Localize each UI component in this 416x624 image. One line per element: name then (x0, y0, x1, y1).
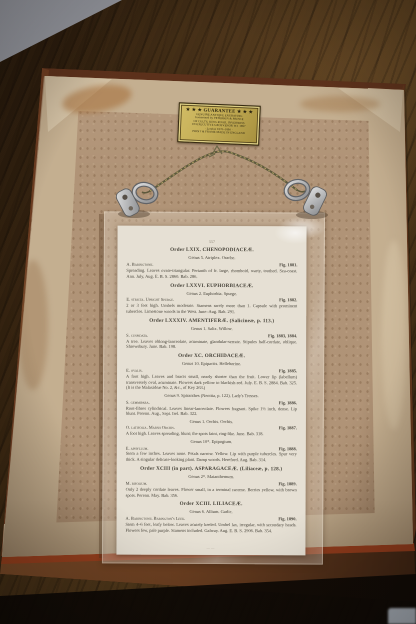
figure-reference: Fig. 1883, 1884. (268, 333, 297, 339)
order-line: Order XCIII. LILIACEÆ. (126, 501, 297, 508)
genus-line: Genus 2. Euphorbia. Spurge. (126, 290, 297, 296)
species-name: M. bifolium. (126, 481, 148, 487)
figure-reference: Fig. 1882. (279, 298, 297, 304)
d-ring (284, 179, 309, 200)
order-line: Order XCIII (in part). ASPARAGACEÆ. (Lil… (126, 466, 297, 473)
page-text-blocks: Order LXIX. CHENOPODIACEÆ.Genus 5. Atrip… (126, 247, 298, 534)
species-name: O. latifolia. Marsh Orchis. (126, 425, 175, 431)
species-name: E. aphyllum. (126, 445, 149, 451)
d-ring-hanger-right-svg (280, 172, 332, 220)
genus-line: Genus 10. Epipactis. Helleborine. (126, 361, 297, 367)
species-name: A. Babingtonii. Babington's Leek. (126, 516, 186, 522)
page-text: 557 Order LXIX. CHENOPODIACEÆ.Genus 5. A… (125, 239, 297, 546)
genus-line: Genus 10*. Epipogium. (126, 438, 297, 444)
figure-reference: Fig. 1886. (279, 400, 297, 406)
d-ring-hanger-left-svg (112, 176, 164, 218)
genus-line: Genus 9. Spiranthes (Neottia, p. 122). L… (126, 392, 297, 398)
genus-line: Genus 2*. Maianthemum. (126, 474, 297, 480)
genus-line: Genus 6. Allium. Garlic. (126, 509, 297, 515)
wire-strand (150, 151, 297, 191)
genus-line: Genus 5. Atriplex. Orache. (126, 255, 297, 261)
body-line: Root-fibres cylindrical. Leaves linear-l… (126, 405, 297, 417)
body-line: Only 2 deeply cordate leaves. Flower sma… (126, 486, 297, 498)
figure-reference: Fig. 1888. (279, 446, 297, 452)
species-name: E. stricta. Upright Spurge. (126, 297, 174, 303)
wire-twist-glint (150, 151, 297, 191)
order-line: Order LXIX. CHENOPODIACEÆ. (126, 247, 297, 254)
printer-mark: —— (116, 546, 305, 551)
figure-reference: Fig. 1889. (278, 481, 296, 487)
species-name: S. cuspidata. (126, 332, 148, 338)
genus-line: Genus 1. Salix. Willow. (126, 326, 297, 332)
figure-reference: Fig. 1881. (279, 262, 297, 268)
body-line: Spreading. Leaves ovate-triangular. Peri… (126, 268, 297, 280)
figure-reference: Fig. 1890. (278, 516, 296, 522)
order-line: Order LXXVI. EUPHORBIACEÆ. (126, 282, 297, 289)
body-line: Stem 4–6 feet, leafy below. Leaves acute… (126, 522, 297, 534)
body-line: A foot high. Leaves spreading, blunt; th… (126, 431, 297, 437)
d-ring-hanger-left (112, 176, 164, 218)
body-line: Stem a few inches. Leaves none. Petals n… (126, 451, 297, 463)
d-ring-hanger-right (280, 172, 332, 220)
picture-frame-back: ★ ★ ★ GUARANTEE ★ ★ ★ GENUINE ANTIQUE EN… (0, 0, 416, 624)
book-page: 557 Order LXIX. CHENOPODIACEÆ.Genus 5. A… (116, 226, 306, 556)
genus-line: Genus 1. Orchis. Orchis. (126, 418, 297, 424)
photo-of-frame-back: ★ ★ ★ GUARANTEE ★ ★ ★ GENUINE ANTIQUE EN… (0, 0, 416, 624)
fabric-patch (388, 608, 416, 624)
body-line: A tree. Leaves oblong-lanceolate, acumin… (126, 338, 297, 350)
species-name: A. Babingtonii. (126, 262, 153, 268)
page-number: 557 (127, 239, 298, 245)
figure-reference: Fig. 1885. (279, 368, 297, 374)
body-line: A foot high. Leaves and bracts small, ne… (126, 374, 297, 392)
species-name: S. gemmipara. (126, 399, 150, 405)
order-line: Order XC. ORCHIDACEÆ. (126, 353, 297, 360)
figure-reference: Fig. 1887. (279, 426, 297, 432)
order-line: Order LXXXIV. AMENTIFERÆ. (Salicineæ, p.… (126, 318, 297, 325)
body-line: 2 or 3 feet high. Umbels moderate. Stame… (126, 303, 297, 315)
species-name: E. ovalis. (126, 368, 143, 374)
